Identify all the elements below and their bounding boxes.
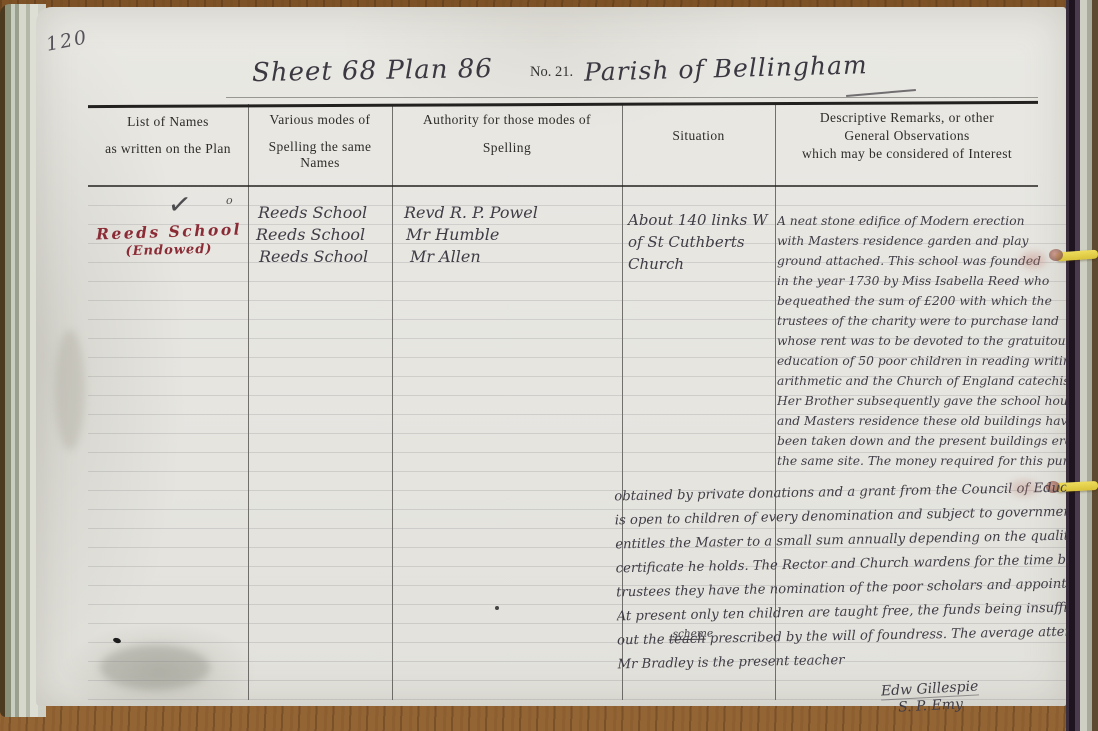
- remarks-line: arithmetic and the Church of England cat…: [777, 371, 1066, 391]
- tie-smudge: [1010, 480, 1038, 496]
- remarks-line: Her Brother subsequently gave the school…: [777, 391, 1066, 411]
- col-header-remarks-line3: which may be considered of Interest: [775, 146, 1039, 162]
- book-fore-edge-light: [1080, 0, 1092, 731]
- remarks-column-text: A neat stone edifice of Modern erection …: [777, 211, 1066, 473]
- col-header-names-line1: List of Names: [88, 114, 248, 130]
- book-fore-edge-outer: [1092, 0, 1098, 731]
- inserted-word: scheme: [672, 621, 713, 646]
- paper-stain: [55, 330, 85, 450]
- authority-entry: Revd R. P. Powel: [404, 203, 538, 222]
- remarks-line: education of 50 poor children in reading…: [777, 351, 1066, 371]
- spelling-entry: Reeds School: [258, 203, 367, 222]
- situation-line: of St Cuthberts: [628, 233, 745, 251]
- remarks-overflow-text: obtained by private donations and a gran…: [614, 477, 1070, 686]
- remarks-line: and Masters residence these old building…: [777, 411, 1066, 431]
- spelling-entry: Reeds School: [256, 225, 365, 244]
- entry-number-label: No. 21.: [530, 64, 573, 81]
- remarks-line: whose rent was to be devoted to the grat…: [777, 331, 1066, 351]
- correction-after: prescribed by the will of foundress. The…: [706, 623, 1070, 647]
- remarks-line: been taken down and the present building…: [777, 431, 1066, 451]
- spelling-entry: Reeds School: [259, 247, 368, 266]
- table-header-rule: [88, 185, 1038, 187]
- authority-entry: Mr Allen: [410, 247, 481, 266]
- authority-entry: Mr Humble: [406, 225, 499, 244]
- col-header-spelling-line1: Various modes of: [248, 112, 392, 128]
- col-header-authority-line2: Spelling: [392, 140, 622, 156]
- remarks-line: A neat stone edifice of Modern erection: [777, 211, 1066, 231]
- paper-stain: [100, 645, 210, 690]
- tie-smudge: [1020, 252, 1046, 268]
- header-underline: [226, 97, 1038, 98]
- col-header-remarks-line2: General Observations: [775, 128, 1039, 144]
- correction-group: teachscheme: [669, 632, 706, 648]
- remarks-line: bequeathed the sum of £200 with which th…: [777, 291, 1066, 311]
- correction-before: out the: [617, 632, 669, 648]
- remarks-line: the same site. The money required for th…: [777, 451, 1066, 471]
- col-header-remarks-line1: Descriptive Remarks, or other: [775, 110, 1039, 126]
- remarks-line: trustees of the charity were to purchase…: [777, 311, 1066, 331]
- ink-speck: [495, 606, 499, 610]
- circle-annotation: o: [226, 194, 233, 207]
- sheet-plan-handwriting: Sheet 68 Plan 86: [252, 54, 493, 88]
- situation-line: About 140 links W: [628, 211, 768, 229]
- remarks-line: in the year 1730 by Miss Isabella Reed w…: [777, 271, 1066, 291]
- col-header-names-line2: as written on the Plan: [88, 141, 248, 157]
- remarks-line: with Masters residence garden and play: [777, 231, 1066, 251]
- checkmark-annotation: ✓: [166, 187, 194, 223]
- examiner-signatures: Edw Gillespie S. P. Emy: [844, 674, 1016, 719]
- col-header-spelling-line2: Spelling the same Names: [248, 139, 392, 171]
- col-header-situation: Situation: [622, 128, 775, 144]
- col-header-authority-line1: Authority for those modes of: [392, 112, 622, 128]
- situation-line: Church: [628, 255, 684, 273]
- photographed-name-book-page: 120 Sheet 68 Plan 86 No. 21. Parish of B…: [0, 0, 1098, 731]
